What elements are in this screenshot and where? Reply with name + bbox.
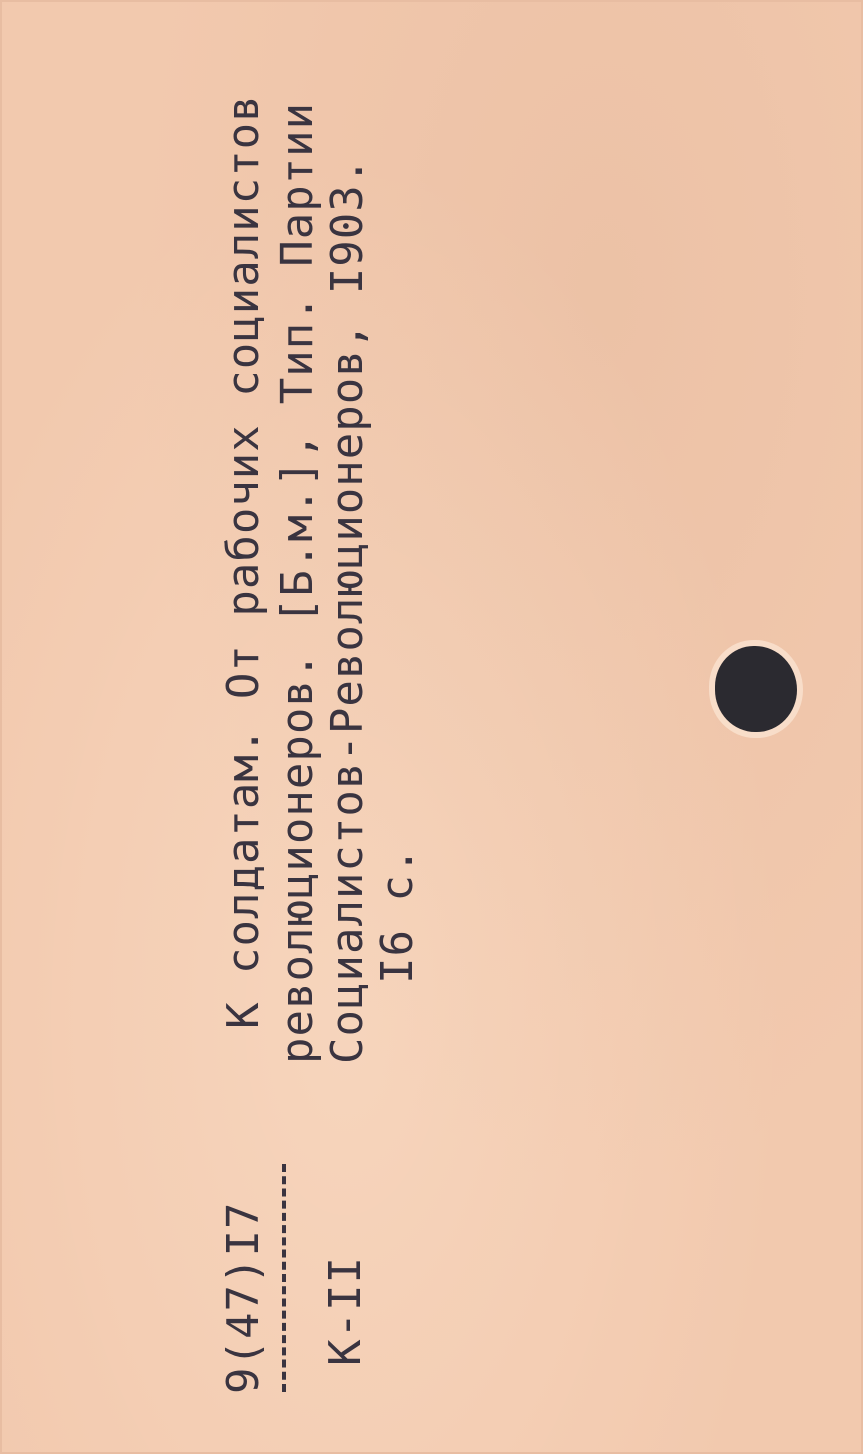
publisher-line: Социалистов-Революционеров, I903. bbox=[322, 157, 374, 1064]
title-line: К солдатам. От рабочих социалистов bbox=[218, 94, 270, 1029]
call-number-divider bbox=[282, 1164, 286, 1392]
call-number: 9(47)I7 bbox=[218, 1202, 270, 1394]
title-line-continued: революционеров. [Б.м.], Тип. Партии bbox=[272, 102, 324, 1064]
call-number-sub: К-II bbox=[320, 1256, 372, 1366]
catalog-card: 9(47)I7 К-II К солдатам. От рабочих соци… bbox=[0, 0, 863, 1454]
pagination-line: I6 с. bbox=[372, 847, 424, 984]
punch-hole bbox=[715, 646, 797, 732]
